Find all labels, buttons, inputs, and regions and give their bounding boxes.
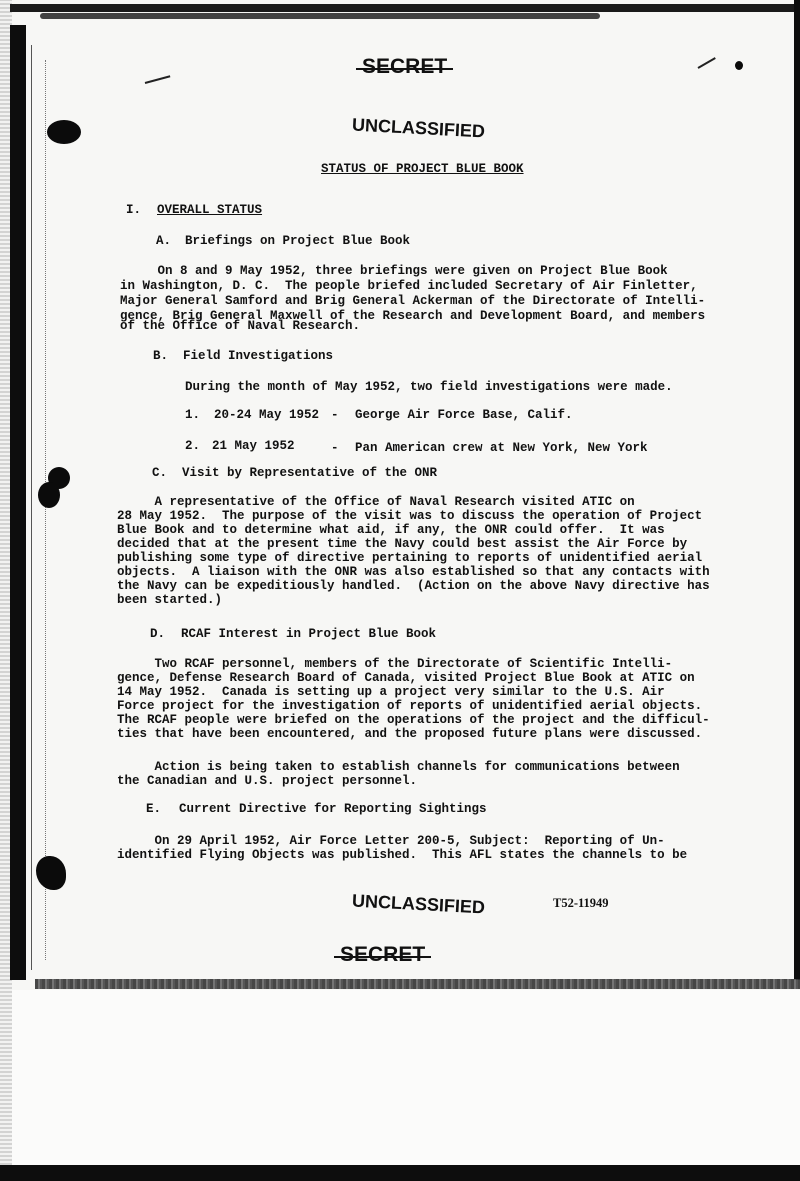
text-line: the Navy can be expeditiously handled. (… [117,579,710,594]
subsection-heading-d: RCAF Interest in Project Blue Book [181,627,436,642]
text-line: in Washington, D. C. The people briefed … [120,279,698,294]
item-location: Pan American crew at New York, New York [355,441,648,456]
item-date: 21 May 1952 [212,439,295,454]
text-line: been started.) [117,593,222,608]
section-number: I. [126,203,141,218]
text-line: 14 May 1952. Canada is setting up a proj… [117,685,665,700]
classification-stamp-top: SECRET [362,55,447,79]
subsection-heading-e: Current Directive for Reporting Sighting… [179,802,487,817]
declassification-stamp-top: UNCLASSIFIED [352,115,486,143]
text-line: ties that have been encountered, and the… [117,727,702,742]
field-investigations-intro: During the month of May 1952, two field … [185,380,673,395]
document-title: STATUS OF PROJECT BLUE BOOK [321,162,524,176]
text-line: On 29 April 1952, Air Force Letter 200-5… [117,834,665,849]
text-line: decided that at the present time the Nav… [117,537,687,552]
item-number: 2. [185,439,200,454]
document-number: T52-11949 [553,896,609,911]
subsection-letter-b: B. [153,349,168,364]
declassification-stamp-bottom: UNCLASSIFIED [352,891,486,919]
text-line: Action is being taken to establish chann… [117,760,680,775]
text-line: identified Flying Objects was published.… [117,848,687,863]
subsection-letter-e: E. [146,802,161,817]
text-line: Major General Samford and Brig General A… [120,294,705,309]
subsection-letter-a: A. [156,234,171,249]
document-page: SECRET UNCLASSIFIED STATUS OF PROJECT BL… [0,0,800,1181]
item-location: George Air Force Base, Calif. [355,408,573,423]
subsection-letter-d: D. [150,627,165,642]
text-line: the Canadian and U.S. project personnel. [117,774,417,789]
text-line: A representative of the Office of Naval … [117,495,635,510]
item-dash: - [331,408,339,423]
text-line: publishing some type of directive pertai… [117,551,702,566]
text-line: The RCAF people were briefed on the oper… [117,713,710,728]
text-line: Force project for the investigation of r… [117,699,702,714]
subsection-heading-b: Field Investigations [183,349,333,364]
classification-stamp-bottom: SECRET [340,943,425,967]
text-line: of the Office of Naval Research. [120,319,360,334]
item-date: 20-24 May 1952 [214,408,319,423]
subsection-heading-c: Visit by Representative of the ONR [182,466,437,481]
subsection-letter-c: C. [152,466,167,481]
text-line: Two RCAF personnel, members of the Direc… [117,657,672,672]
section-heading: OVERALL STATUS [157,203,262,218]
text-line: gence, Defense Research Board of Canada,… [117,671,695,686]
text-line: On 8 and 9 May 1952, three briefings wer… [120,264,668,279]
text-line: Blue Book and to determine what aid, if … [117,523,665,538]
text-line: 28 May 1952. The purpose of the visit wa… [117,509,702,524]
item-number: 1. [185,408,200,423]
text-line: objects. A liaison with the ONR was also… [117,565,710,580]
subsection-heading-a: Briefings on Project Blue Book [185,234,410,249]
item-dash: - [331,441,339,456]
